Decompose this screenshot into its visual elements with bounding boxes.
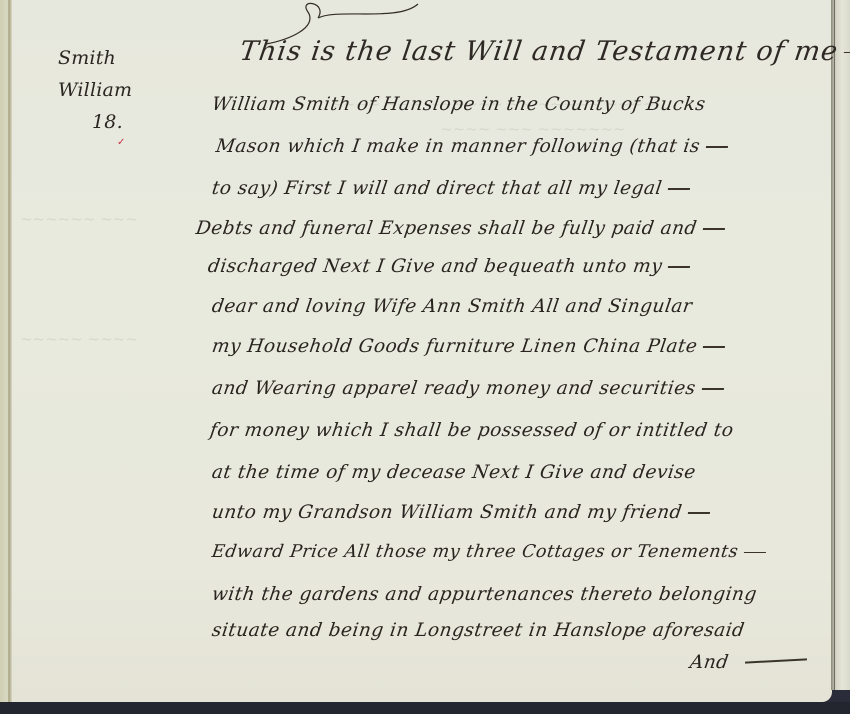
line-text: situate and being in Longstreet in Hansl… — [211, 620, 746, 641]
line-text: discharged Next I Give and bequeath unto… — [207, 256, 664, 277]
line-end-dash — [688, 512, 710, 514]
line-end-dash — [668, 266, 690, 268]
line-end-dash — [844, 52, 850, 54]
will-line-13: Edward Price All those my three Cottages… — [211, 542, 768, 562]
will-line-16-catchword: And — [689, 652, 731, 673]
will-line-9: and Wearing apparel ready money and secu… — [211, 378, 726, 399]
line-text: my Household Goods furniture Linen China… — [211, 336, 699, 357]
margin-note-surname: Smith — [58, 42, 168, 74]
will-line-2: William Smith of Hanslope in the County … — [211, 94, 708, 115]
line-text: And — [689, 652, 731, 673]
line-text: for money which I shall be possessed of … — [209, 420, 735, 441]
line-end-dash — [668, 188, 690, 190]
line-text: with the gardens and appurtenances there… — [211, 584, 759, 605]
margin-note-forename: William — [58, 74, 168, 106]
line-text: and Wearing apparel ready money and secu… — [211, 378, 698, 399]
line-text: at the time of my decease Next I Give an… — [211, 462, 698, 483]
line-text: to say) First I will and direct that all… — [211, 178, 664, 199]
will-line-10: for money which I shall be possessed of … — [209, 420, 735, 441]
line-text: unto my Grandson William Smith and my fr… — [211, 502, 684, 523]
line-text: dear and loving Wife Ann Smith All and S… — [211, 296, 694, 317]
will-line-4: to say) First I will and direct that all… — [211, 178, 692, 199]
line-text: William Smith of Hanslope in the County … — [211, 94, 708, 115]
line-end-dash — [744, 552, 766, 554]
line-text: Debts and funeral Expenses shall be full… — [195, 218, 699, 239]
will-line-15: situate and being in Longstreet in Hansl… — [211, 620, 746, 641]
page-fold-line — [8, 0, 10, 704]
will-line-12: unto my Grandson William Smith and my fr… — [211, 502, 712, 523]
margin-note-number: 18. — [58, 106, 168, 138]
line-text: This is the last Will and Testament of m… — [238, 36, 840, 67]
will-line-6: discharged Next I Give and bequeath unto… — [207, 256, 692, 277]
gutter-line — [834, 0, 835, 690]
line-end-dash — [703, 228, 725, 230]
will-line-7: dear and loving Wife Ann Smith All and S… — [211, 296, 694, 317]
red-check-mark: ✓ — [117, 140, 123, 146]
will-line-3: Mason which I make in manner following (… — [215, 136, 730, 157]
will-line-1: This is the last Will and Testament of m… — [238, 36, 850, 67]
will-line-5: Debts and funeral Expenses shall be full… — [195, 218, 727, 239]
will-line-8: my Household Goods furniture Linen China… — [211, 336, 727, 357]
line-text: Mason which I make in manner following (… — [215, 136, 702, 157]
manuscript-photo: ~~~~ ~~~ ~~~~~~ ~~ ~~~~~ ~~~~ ~~~~ ~~~ ~… — [0, 0, 850, 714]
background-cloth — [0, 702, 850, 714]
line-end-dash — [706, 146, 728, 148]
will-line-14: with the gardens and appurtenances there… — [211, 584, 759, 605]
will-line-11: at the time of my decease Next I Give an… — [211, 462, 698, 483]
margin-note: Smith William 18. — [58, 42, 168, 138]
line-end-dash — [703, 346, 725, 348]
line-end-dash — [702, 388, 724, 390]
line-text: Edward Price All those my three Cottages… — [211, 542, 740, 562]
page-left-edge — [0, 0, 12, 704]
